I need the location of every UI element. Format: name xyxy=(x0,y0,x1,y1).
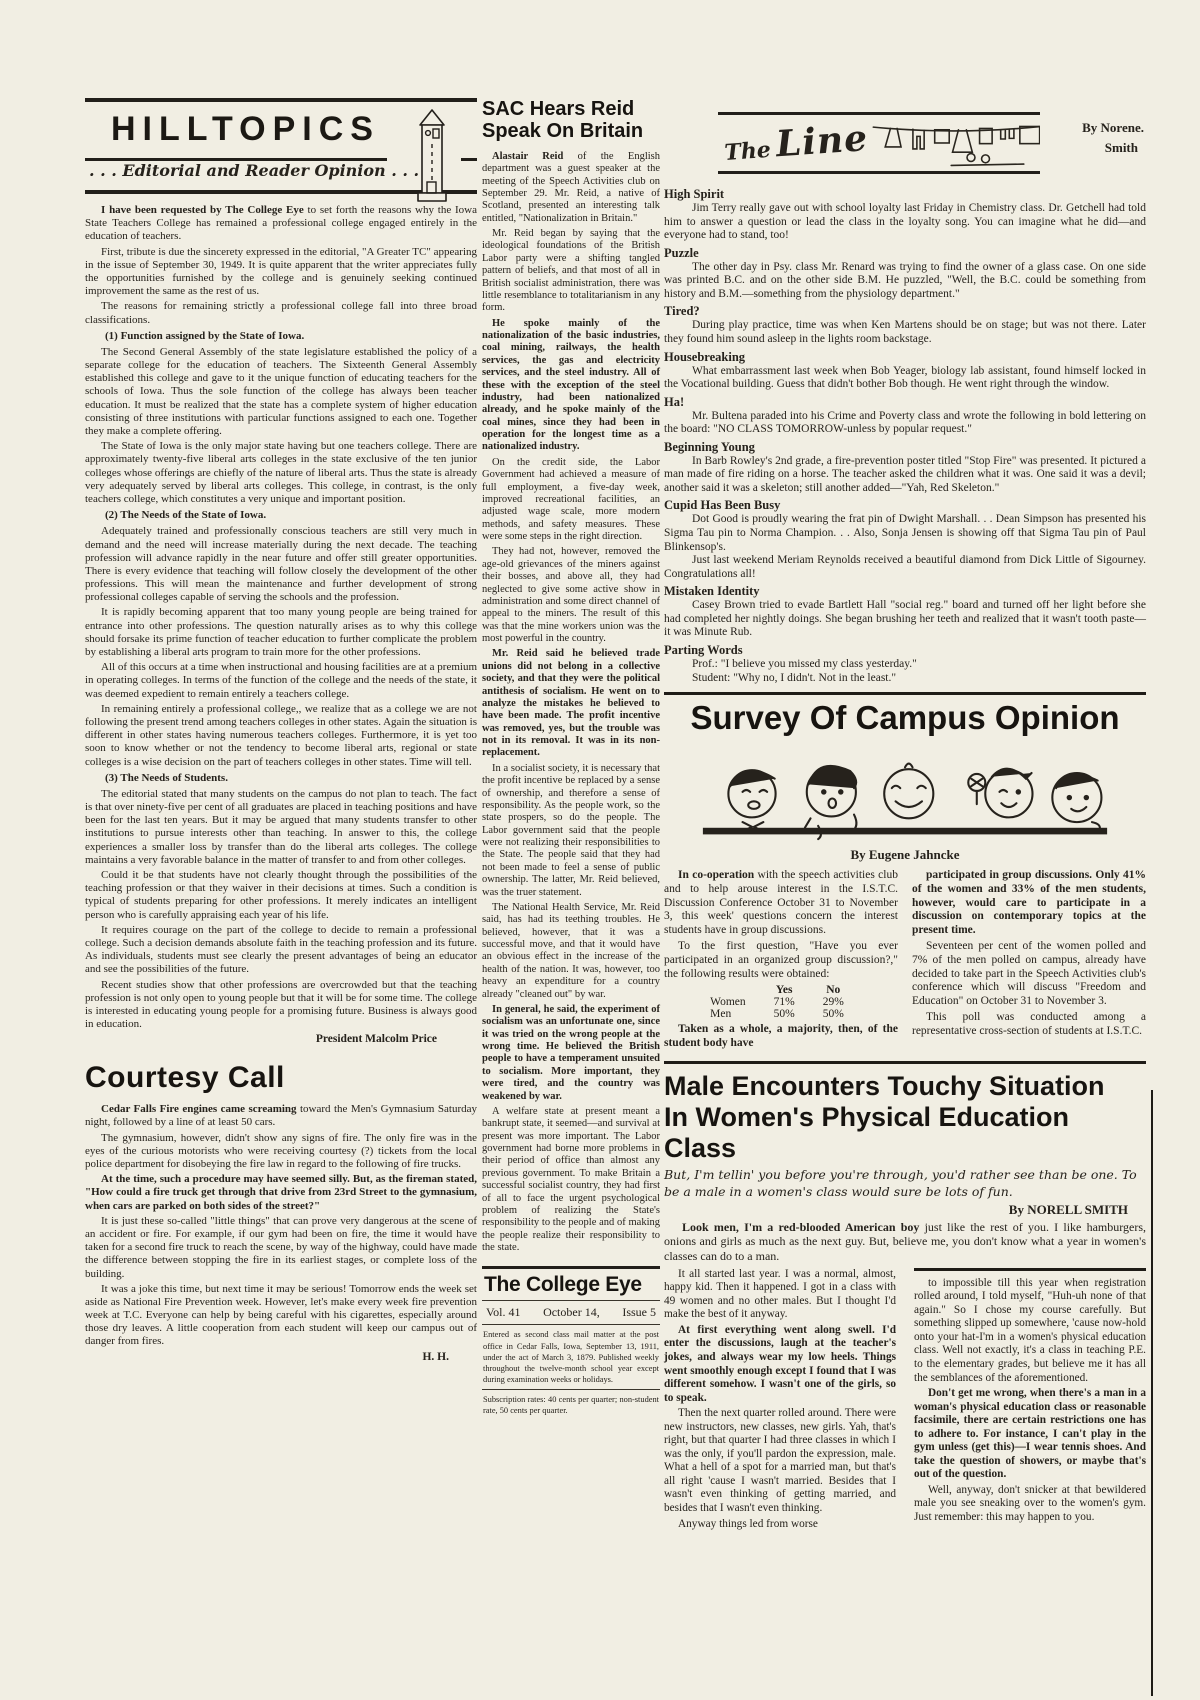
paragraph: At the time, such a procedure may have s… xyxy=(85,1173,477,1213)
paragraph: Jim Terry really gave out with school lo… xyxy=(664,202,1146,243)
paragraph: First, tribute is due the sincerety expr… xyxy=(85,246,477,299)
paragraph: Recent studies show that other professio… xyxy=(85,979,477,1032)
paragraph: It all started last year. I was a normal… xyxy=(664,1268,896,1322)
poll-results-table: YesNoWomen71%29%Men50%50% xyxy=(704,984,858,1020)
paragraph: On the credit side, the Labor Government… xyxy=(482,457,660,544)
divider xyxy=(664,1061,1146,1064)
editorial-signature: President Malcolm Price xyxy=(85,1033,477,1045)
survey-left-column: In co-operation with the speech activiti… xyxy=(664,869,898,1053)
poll-table-holder: YesNoWomen71%29%Men50%50% xyxy=(664,984,898,1020)
volume-line: Vol. 41 October 14, Issue 5 xyxy=(482,1301,660,1324)
subhead: (3) The Needs of Students. xyxy=(85,772,477,785)
line-topic-heading: High Spirit xyxy=(664,187,1146,202)
paragraph: The reasons for remaining strictly a pro… xyxy=(85,300,477,326)
male-article-deck: But, I'm tellin' you before you're throu… xyxy=(664,1167,1146,1200)
line-topic-heading: Beginning Young xyxy=(664,440,1146,455)
issue-number: Issue 5 xyxy=(622,1305,656,1320)
paragraph: It requires courage on the part of the c… xyxy=(85,924,477,977)
survey-left-paragraphs: In co-operation with the speech activiti… xyxy=(664,869,898,981)
students-cartoon xyxy=(664,739,1146,846)
divider xyxy=(461,158,477,161)
volume-number: Vol. 41 xyxy=(486,1305,520,1320)
sac-body: Alastair Reid of the English department … xyxy=(482,151,660,1255)
paragraph: In a socialist society, it is necessary … xyxy=(482,763,660,899)
male-article-byline: By NORELL SMITH xyxy=(664,1202,1128,1218)
survey-right-column: participated in group discussions. Only … xyxy=(912,869,1146,1053)
paragraph: In co-operation with the speech activiti… xyxy=(664,869,898,938)
paragraph: Mr. Reid began by saying that the ideolo… xyxy=(482,228,660,315)
line-topic-heading: Tired? xyxy=(664,304,1146,319)
paragraph: Prof.: "I believe you missed my class ye… xyxy=(664,658,1146,672)
the-line-byline-1: By Norene. xyxy=(1082,118,1144,138)
sac-headline-line2: Speak On Britain xyxy=(482,120,660,142)
line-topic-heading: Mistaken Identity xyxy=(664,584,1146,599)
line-topic-heading: Housebreaking xyxy=(664,350,1146,365)
paragraph: During play practice, time was when Ken … xyxy=(664,319,1146,346)
male-headline-line1: Male Encounters Touchy Situation xyxy=(664,1071,1146,1102)
college-eye-flag: The College Eye Vol. 41 October 14, Issu… xyxy=(482,1266,660,1420)
sac-headline: SAC Hears Reid Speak On Britain xyxy=(482,98,660,143)
male-right-paragraphs: to impossible till this year when regist… xyxy=(914,1277,1146,1525)
entered-notice: Entered as second class mail matter at t… xyxy=(482,1325,660,1388)
paragraph: The Second General Assembly of the state… xyxy=(85,346,477,438)
male-article-headline: Male Encounters Touchy Situation In Wome… xyxy=(664,1071,1146,1163)
hilltopics-column: HILLTOPICS . . . Editorial and Reader Op… xyxy=(85,98,477,1363)
paragraph: Student: "Why no, I didn't. Not in the l… xyxy=(664,672,1146,686)
paragraph: Cedar Falls Fire engines came screaming … xyxy=(85,1103,477,1129)
hilltopics-masthead: HILLTOPICS . . . Editorial and Reader Op… xyxy=(85,98,477,194)
male-columns: It all started last year. I was a normal… xyxy=(664,1268,1146,1533)
subhead: (1) Function assigned by the State of Io… xyxy=(85,330,477,343)
paragraph: Seventeen per cent of the women polled a… xyxy=(912,940,1146,1009)
paragraph: I have been requested by The College Eye… xyxy=(85,204,477,244)
paragraph: Just last weekend Meriam Reynolds receiv… xyxy=(664,554,1146,581)
newspaper-page: HILLTOPICS . . . Editorial and Reader Op… xyxy=(0,0,1200,1700)
line-topic-heading: Cupid Has Been Busy xyxy=(664,498,1146,513)
paragraph: participated in group discussions. Only … xyxy=(912,869,1146,938)
paragraph: The State of Iowa is the only major stat… xyxy=(85,440,477,506)
the-line-byline-2: Smith xyxy=(1082,138,1144,158)
divider xyxy=(85,158,387,161)
college-eye-title: The College Eye xyxy=(482,1269,660,1300)
paragraph: The editorial stated that many students … xyxy=(85,788,477,867)
paragraph: Adequately trained and professionally co… xyxy=(85,525,477,604)
clothesline-illustration xyxy=(872,115,1040,172)
hilltopics-body: I have been requested by The College Eye… xyxy=(85,204,477,1031)
male-lead-paragraph: Look men, I'm a red-blooded American boy… xyxy=(664,1220,1146,1264)
male-headline-line2: In Women's Physical Education Class xyxy=(664,1102,1146,1164)
the-line-box: The Line xyxy=(718,112,1040,174)
issue-date: October 14, xyxy=(543,1305,600,1320)
survey-byline: By Eugene Jahncke xyxy=(664,847,1146,863)
subhead: (2) The Needs of the State of Iowa. xyxy=(85,509,477,522)
the-line-body: High SpiritJim Terry really gave out wit… xyxy=(664,187,1146,685)
right-margin-rule xyxy=(1151,1090,1153,1696)
paragraph: Dot Good is proudly wearing the frat pin… xyxy=(664,513,1146,554)
paragraph: The gymnasium, however, didn't show any … xyxy=(85,1132,477,1172)
paragraph: At first everything went along swell. I'… xyxy=(664,1324,896,1405)
the-line-title: The Line xyxy=(723,117,870,169)
paragraph: Taken as a whole, a majority, then, of t… xyxy=(664,1023,898,1051)
paragraph: Anyway things led from worse xyxy=(664,1518,896,1532)
survey-left-continuation: Taken as a whole, a majority, then, of t… xyxy=(664,1023,898,1051)
paragraph: In remaining entirely a professional col… xyxy=(85,703,477,769)
paragraph: Casey Brown tried to evade Bartlett Hall… xyxy=(664,599,1146,640)
campanile-icon xyxy=(409,108,455,209)
paragraph: It is just these so-called "little thing… xyxy=(85,1215,477,1281)
courtesy-call-headline: Courtesy Call xyxy=(85,1061,477,1095)
paragraph: Mr. Bultena paraded into his Crime and P… xyxy=(664,410,1146,437)
line-topic-heading: Puzzle xyxy=(664,246,1146,261)
paragraph: This poll was conducted among a represen… xyxy=(912,1011,1146,1039)
paragraph: Could it be that students have not clear… xyxy=(85,869,477,922)
paragraph: To the first question, "Have you ever pa… xyxy=(664,940,898,981)
paragraph: A welfare state at present meant a bankr… xyxy=(482,1106,660,1255)
the-line-masthead: The Line xyxy=(664,100,1146,184)
courtesy-signature: H. H. xyxy=(85,1351,477,1363)
paragraph: In general, he said, the experiment of s… xyxy=(482,1004,660,1103)
paragraph: All of this occurs at a time when instru… xyxy=(85,661,477,701)
male-lead-bold: Look men, I'm a red-blooded American boy xyxy=(682,1220,919,1234)
paragraph: Mr. Reid said he believed trade unions d… xyxy=(482,648,660,759)
subscription-notice: Subscription rates: 40 cents per quarter… xyxy=(482,1390,660,1420)
the-line-title-line: Line xyxy=(775,117,870,165)
paragraph: Well, anyway, don't snicker at that bewi… xyxy=(914,1484,1146,1525)
paragraph: It was a joke this time, but next time i… xyxy=(85,1283,477,1349)
sac-headline-line1: SAC Hears Reid xyxy=(482,98,660,120)
paragraph: Then the next quarter rolled around. The… xyxy=(664,1407,896,1515)
paragraph: In Barb Rowley's 2nd grade, a fire-preve… xyxy=(664,455,1146,496)
line-topic-heading: Ha! xyxy=(664,395,1146,410)
male-left-column: It all started last year. I was a normal… xyxy=(664,1268,896,1533)
paragraph: Don't get me wrong, when there's a man i… xyxy=(914,1387,1146,1482)
survey-headline: Survey Of Campus Opinion xyxy=(664,699,1146,737)
the-line-byline: By Norene. Smith xyxy=(1082,118,1144,157)
the-line-title-the: The xyxy=(724,137,772,166)
paragraph: Alastair Reid of the English department … xyxy=(482,151,660,225)
paragraph: He spoke mainly of the nationalization o… xyxy=(482,318,660,454)
divider xyxy=(664,692,1146,695)
paragraph: What embarrassment last week when Bob Ye… xyxy=(664,365,1146,392)
paragraph: It is rapidly becoming apparent that too… xyxy=(85,606,477,659)
paragraph: to impossible till this year when regist… xyxy=(914,1277,1146,1385)
survey-columns: In co-operation with the speech activiti… xyxy=(664,869,1146,1053)
right-region: The Line xyxy=(664,100,1146,1533)
courtesy-call-body: Cedar Falls Fire engines came screaming … xyxy=(85,1103,477,1348)
paragraph: The other day in Psy. class Mr. Renard w… xyxy=(664,261,1146,302)
line-topic-heading: Parting Words xyxy=(664,643,1146,658)
sac-column: SAC Hears Reid Speak On Britain Alastair… xyxy=(482,98,660,1420)
male-right-column: to impossible till this year when regist… xyxy=(914,1268,1146,1533)
paragraph: The National Health Service, Mr. Reid sa… xyxy=(482,902,660,1001)
paragraph: They had not, however, removed the age-o… xyxy=(482,546,660,645)
divider xyxy=(914,1268,1146,1271)
